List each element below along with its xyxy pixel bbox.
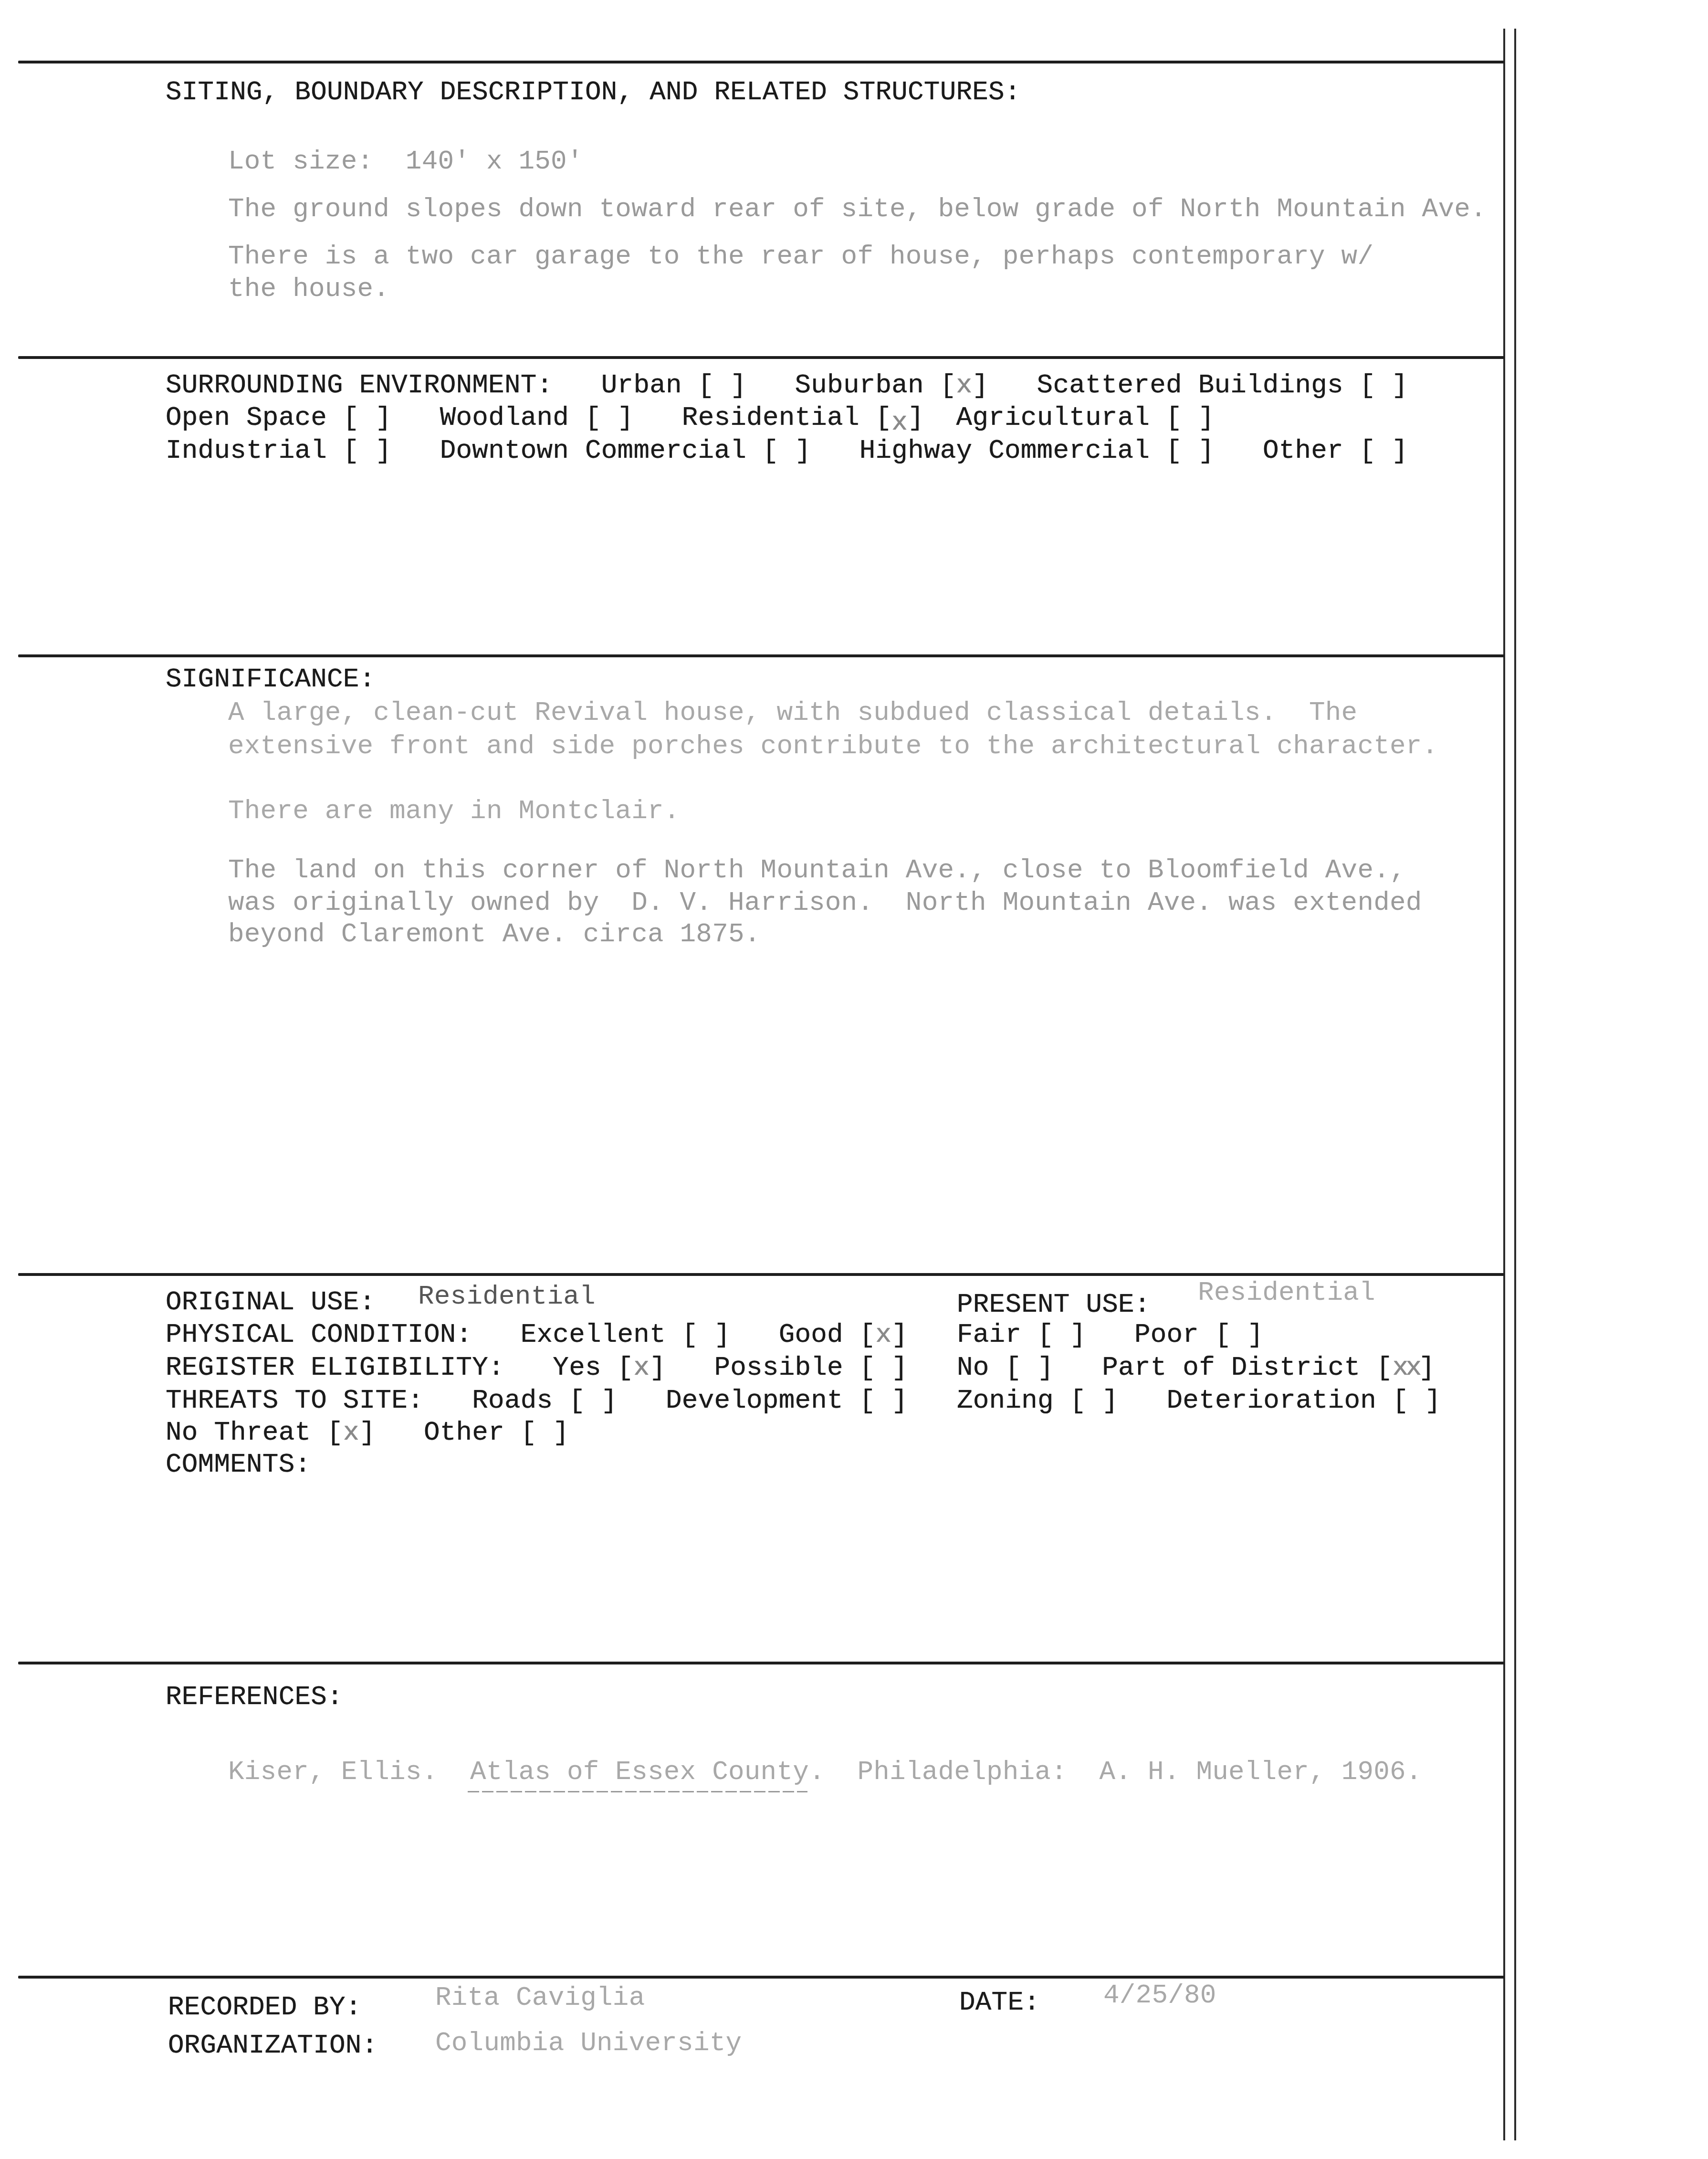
physical-condition-row: PHYSICAL CONDITION: Excellent [ ] Good […	[166, 1321, 940, 1348]
physical-condition-row-right: Fair [ ] Poor [ ]	[957, 1321, 1263, 1348]
significance-heading: SIGNIFICANCE:	[166, 666, 375, 693]
divider-use	[18, 1273, 1504, 1276]
checkbox-downtown-commercial[interactable]	[779, 435, 795, 466]
comments-label: COMMENTS:	[166, 1451, 311, 1478]
threats-label: THREATS TO SITE:	[166, 1385, 424, 1416]
option-residential[interactable]: Residential [x]	[682, 402, 924, 438]
checkbox-yes[interactable]: x	[633, 1352, 650, 1383]
original-use-label: ORIGINAL USE:	[166, 1289, 375, 1316]
register-eligibility-row-right: No [ ] Part of District [xx]	[957, 1354, 1435, 1381]
recorded-by-label: RECORDED BY:	[168, 1994, 362, 2021]
threat-deterioration[interactable]: Deterioration [ ]	[1167, 1385, 1441, 1416]
checkbox-roads[interactable]	[585, 1385, 601, 1416]
checkbox-fair[interactable]	[1054, 1319, 1070, 1350]
checkbox-no[interactable]	[1021, 1352, 1037, 1383]
significance-text-5: was originally owned by D. V. Harrison. …	[228, 889, 1422, 916]
register-eligibility-row: REGISTER ELIGIBILITY: Yes [x] Possible […	[166, 1354, 908, 1381]
checkbox-agricultural[interactable]	[1182, 402, 1198, 433]
divider-significance	[18, 654, 1504, 657]
surrounding-line-3: Industrial [ ] Downtown Commercial [ ] H…	[166, 437, 1408, 464]
checkbox-other[interactable]	[1376, 435, 1392, 466]
option-woodland[interactable]: Woodland [ ]	[440, 402, 634, 433]
divider-recorder	[18, 1976, 1504, 1979]
significance-text-6: beyond Claremont Ave. circa 1875.	[228, 921, 761, 948]
checkbox-deterioration[interactable]	[1409, 1385, 1425, 1416]
original-use-value[interactable]: Residential	[418, 1283, 596, 1310]
threat-no-threat[interactable]: No Threat [x]	[166, 1417, 376, 1448]
checkbox-suburban[interactable]: x	[956, 370, 973, 400]
threat-zoning[interactable]: Zoning [ ]	[957, 1385, 1118, 1416]
option-urban[interactable]: Urban [ ]	[601, 370, 746, 400]
significance-text-4: The land on this corner of North Mountai…	[228, 857, 1406, 884]
checkbox-industrial[interactable]	[359, 435, 376, 466]
threat-roads[interactable]: Roads [ ]	[472, 1385, 617, 1416]
option-suburban[interactable]: Suburban [x]	[795, 370, 988, 400]
reference-publisher: Philadelphia: A. H. Mueller, 1906.	[857, 1757, 1422, 1787]
significance-text-3: There are many in Montclair.	[228, 798, 680, 824]
condition-good[interactable]: Good [x]	[779, 1319, 908, 1350]
eligibility-part-of-district[interactable]: Part of District [xx]	[1102, 1352, 1435, 1383]
threat-other[interactable]: Other [ ]	[424, 1417, 569, 1448]
option-other[interactable]: Other [ ]	[1263, 435, 1408, 466]
condition-excellent[interactable]: Excellent [ ]	[521, 1319, 731, 1350]
checkbox-development[interactable]	[876, 1385, 892, 1416]
date-value[interactable]: 4/25/80	[1103, 1982, 1216, 2009]
surrounding-line-1: SURROUNDING ENVIRONMENT: Urban [ ] Subur…	[166, 372, 1408, 399]
siting-garage-text-1: There is a two car garage to the rear of…	[228, 243, 1373, 270]
option-industrial[interactable]: Industrial [ ]	[166, 435, 391, 466]
surrounding-heading: SURROUNDING ENVIRONMENT:	[166, 370, 553, 400]
siting-garage-text-2: the house.	[228, 275, 389, 302]
checkbox-no-threat[interactable]: x	[343, 1417, 359, 1448]
condition-poor[interactable]: Poor [ ]	[1134, 1319, 1263, 1350]
present-use-label: PRESENT USE:	[957, 1291, 1151, 1318]
divider-surrounding	[18, 356, 1504, 359]
reference-title-underline	[468, 1791, 807, 1792]
right-border-outer	[1514, 29, 1516, 2140]
siting-heading: SITING, BOUNDARY DESCRIPTION, AND RELATE…	[166, 79, 1021, 105]
option-downtown-commercial[interactable]: Downtown Commercial [ ]	[440, 435, 811, 466]
register-eligibility-label: REGISTER ELIGIBILITY:	[166, 1352, 504, 1383]
reference-title: Atlas of Essex County.	[470, 1757, 825, 1787]
recorded-by-value[interactable]: Rita Caviglia	[435, 1984, 645, 2011]
checkbox-good[interactable]: x	[876, 1319, 892, 1350]
organization-value[interactable]: Columbia University	[435, 2030, 742, 2056]
eligibility-no[interactable]: No [ ]	[957, 1352, 1054, 1383]
significance-text-2: extensive front and side porches contrib…	[228, 733, 1438, 759]
checkbox-excellent[interactable]	[698, 1319, 714, 1350]
threats-row-right: Zoning [ ] Deterioration [ ]	[957, 1387, 1441, 1414]
threat-development[interactable]: Development [ ]	[666, 1385, 908, 1416]
lot-size-text: Lot size: 140' x 150'	[228, 148, 583, 175]
checkbox-woodland[interactable]	[601, 402, 618, 433]
threats-row-2: No Threat [x] Other [ ]	[166, 1419, 569, 1446]
checkbox-poor[interactable]	[1231, 1319, 1247, 1350]
divider-top	[18, 61, 1504, 63]
option-agricultural[interactable]: Agricultural [ ]	[956, 402, 1215, 433]
siting-slope-text: The ground slopes down toward rear of si…	[228, 196, 1487, 222]
checkbox-possible[interactable]	[876, 1352, 892, 1383]
right-border-inner	[1503, 29, 1505, 2140]
checkbox-zoning[interactable]	[1086, 1385, 1102, 1416]
checkbox-threat-other[interactable]	[537, 1417, 553, 1448]
checkbox-open-space[interactable]	[359, 402, 376, 433]
organization-label: ORGANIZATION:	[168, 2032, 377, 2059]
date-label: DATE:	[959, 1989, 1040, 2016]
condition-fair[interactable]: Fair [ ]	[957, 1319, 1086, 1350]
eligibility-possible[interactable]: Possible [ ]	[714, 1352, 908, 1383]
reference-author: Kiser, Ellis.	[228, 1757, 438, 1787]
checkbox-scattered-buildings[interactable]	[1376, 370, 1392, 400]
surrounding-line-2: Open Space [ ] Woodland [ ] Residential …	[166, 404, 1215, 431]
survey-form-page: SITING, BOUNDARY DESCRIPTION, AND RELATE…	[0, 0, 1708, 2159]
references-heading: REFERENCES:	[166, 1684, 343, 1710]
option-scattered-buildings[interactable]: Scattered Buildings [ ]	[1037, 370, 1408, 400]
divider-references	[18, 1662, 1504, 1664]
reference-entry: Kiser, Ellis. Atlas of Essex County. Phi…	[228, 1759, 1422, 1785]
physical-condition-label: PHYSICAL CONDITION:	[166, 1319, 472, 1350]
checkbox-highway-commercial[interactable]	[1182, 435, 1198, 466]
option-highway-commercial[interactable]: Highway Commercial [ ]	[859, 435, 1215, 466]
checkbox-urban[interactable]	[714, 370, 730, 400]
significance-text-1: A large, clean-cut Revival house, with s…	[228, 699, 1357, 726]
eligibility-yes[interactable]: Yes [x]	[553, 1352, 666, 1383]
threats-row: THREATS TO SITE: Roads [ ] Development […	[166, 1387, 908, 1414]
checkbox-part-of-district[interactable]: xx	[1393, 1352, 1419, 1383]
checkbox-residential[interactable]: x	[891, 407, 908, 438]
present-use-value[interactable]: Residential	[1198, 1279, 1375, 1306]
option-open-space[interactable]: Open Space [ ]	[166, 402, 391, 433]
